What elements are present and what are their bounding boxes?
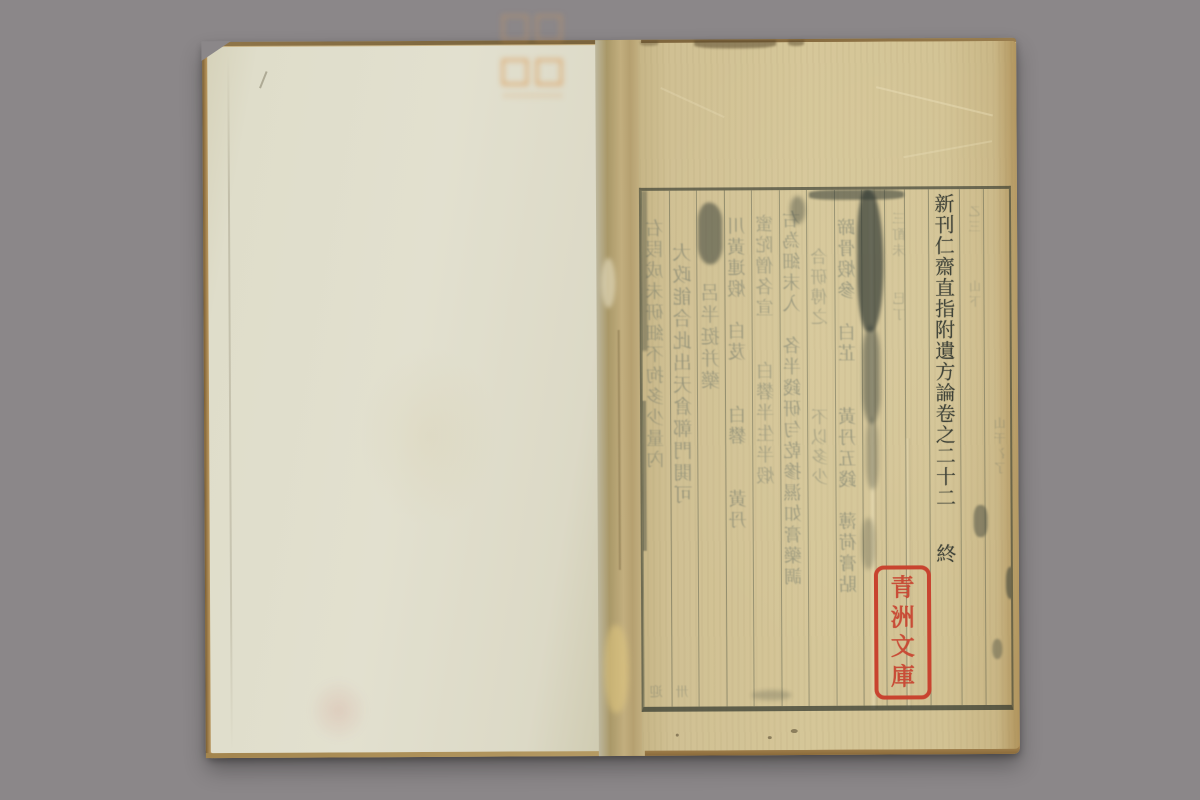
ghost-text-column: 迎卅	[646, 685, 672, 707]
seal-character: 庫	[891, 663, 915, 690]
paper-stain	[359, 346, 500, 527]
ghost-text-column: 蜜陀僧各宣 白礬半生半煅	[753, 214, 780, 487]
page-fold-line	[227, 55, 233, 753]
ink-speck	[791, 729, 798, 733]
ghost-text-column: 合研傅之 不以多少	[808, 228, 835, 488]
page-left-blank	[207, 45, 602, 753]
watermark-dots	[504, 94, 562, 97]
paper-crease	[259, 71, 268, 88]
tear-highlight	[604, 625, 628, 713]
ghost-text-column: 山干冫了	[987, 417, 1013, 477]
text-frame: 新刊仁齋直指附遺方論卷之二十二 終 右叚成未研細不拘多少量內大政能合此出天倉鄣門…	[639, 186, 1014, 712]
edge-stain	[640, 41, 658, 46]
ink-speck	[768, 736, 772, 739]
seal-character: 文	[891, 634, 915, 661]
edge-stain	[694, 40, 776, 48]
ghost-text-column: 三酊未 巳丁	[888, 211, 915, 323]
watermark-row: □□	[497, 4, 569, 48]
paper-stain	[308, 678, 368, 742]
ghost-text-column: 右為細末入 各半錢研勻乾摻濕如膏藥調	[780, 210, 808, 588]
ink-smudge	[992, 639, 1002, 659]
edge-stain	[788, 40, 804, 46]
ink-smudge	[1006, 567, 1014, 599]
book: 新刊仁齋直指附遺方論卷之二十二 終 右叚成未研細不拘多少量內大政能合此出天倉鄣門…	[202, 38, 1020, 758]
ink-speck	[676, 734, 679, 737]
ghost-text-column: 呂半挺并藥	[698, 282, 725, 392]
ink-smudge	[862, 518, 875, 570]
watermark-row: □□	[497, 48, 569, 92]
ink-smudge	[641, 191, 648, 351]
seal-character: 洲	[891, 604, 915, 631]
ink-smudge	[752, 690, 792, 700]
ghost-text-column: 乙三 山下	[962, 205, 989, 310]
seal-character: 青	[890, 574, 914, 601]
ink-smudge	[698, 202, 722, 264]
colophon-column: 新刊仁齋直指附遺方論卷之二十二 終	[928, 193, 961, 673]
ink-smudge	[790, 196, 805, 224]
ink-smudge	[863, 326, 881, 424]
tear-highlight	[601, 258, 615, 308]
colophon-title: 新刊仁齋直指附遺方論卷之二十二	[931, 193, 957, 508]
collection-seal: 青洲文庫	[874, 565, 932, 699]
photo-backdrop: 新刊仁齋直指附遺方論卷之二十二 終 右叚成未研細不拘多少量內大政能合此出天倉鄣門…	[0, 0, 1200, 800]
ink-smudge	[642, 401, 647, 551]
ink-smudge	[857, 190, 884, 332]
ink-smudge	[809, 189, 904, 199]
watermark-seal: □□□□	[497, 4, 569, 97]
ink-smudge	[866, 418, 878, 490]
colophon-end-mark: 終	[933, 543, 957, 564]
ink-smudge	[974, 505, 988, 537]
ghost-text-column: 川黃連煅 白芨 白礬 黃丹	[725, 216, 753, 531]
ghost-text-column: 大政能合此出天倉鄣門閧可	[670, 243, 697, 507]
